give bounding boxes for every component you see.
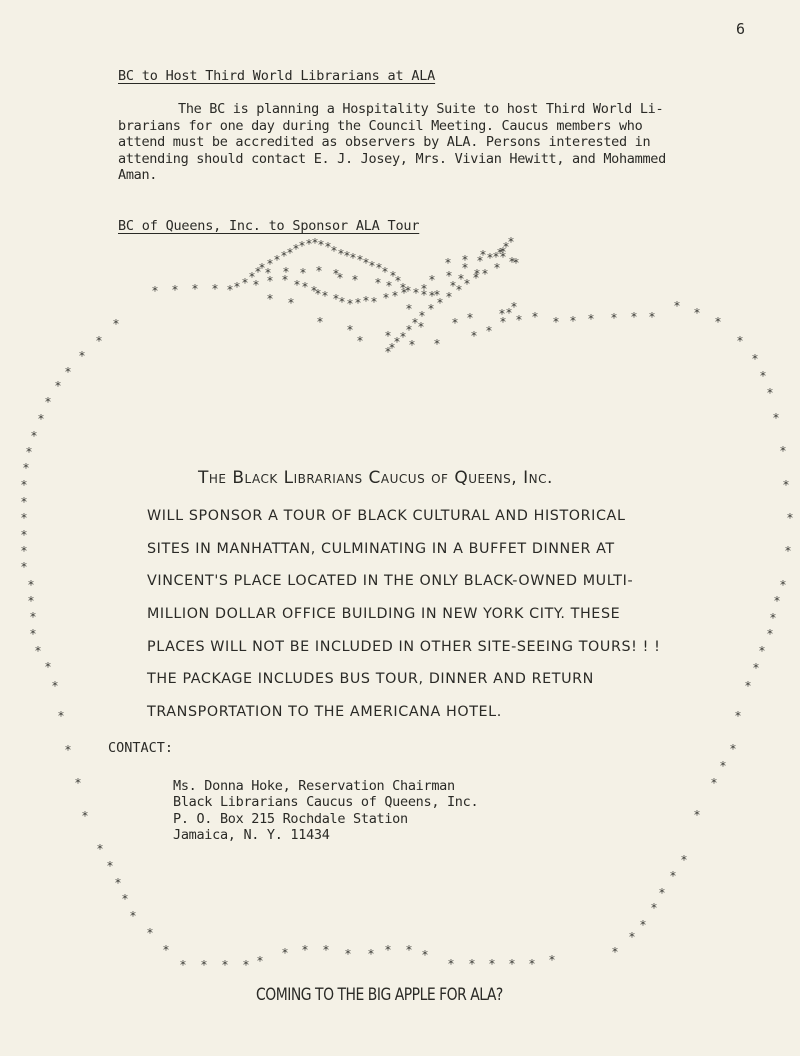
star-icon: * <box>44 661 51 673</box>
star-icon: * <box>121 893 128 905</box>
star-icon: * <box>680 854 687 866</box>
star-icon: * <box>54 380 61 392</box>
star-icon: * <box>281 274 288 286</box>
star-icon: * <box>648 311 655 323</box>
star-icon: * <box>769 612 776 624</box>
star-icon: * <box>293 279 300 291</box>
star-icon: * <box>587 313 594 325</box>
star-icon: * <box>301 944 308 956</box>
star-icon: * <box>37 413 44 425</box>
flyer-line: WILL SPONSOR A TOUR OF BLACK CULTURAL AN… <box>147 508 660 541</box>
star-icon: * <box>221 959 228 971</box>
star-icon: * <box>461 254 468 266</box>
star-icon: * <box>421 949 428 961</box>
flyer-title: The Black Librarians Caucus of Queens, I… <box>198 468 553 488</box>
star-icon: * <box>427 303 434 315</box>
star-icon: * <box>466 312 473 324</box>
star-icon: * <box>20 512 27 524</box>
star-icon: * <box>27 579 34 591</box>
star-icon: * <box>20 529 27 541</box>
star-icon: * <box>266 275 273 287</box>
star-icon: * <box>473 268 480 280</box>
star-icon: * <box>447 958 454 970</box>
star-icon: * <box>29 628 36 640</box>
contact-address-block: Ms. Donna Hoke, Reservation Chairman Bla… <box>173 778 478 843</box>
star-icon: * <box>242 959 249 971</box>
star-icon: * <box>374 277 381 289</box>
star-icon: * <box>515 314 522 326</box>
star-icon: * <box>95 335 102 347</box>
star-icon: * <box>468 958 475 970</box>
star-icon: * <box>381 266 388 278</box>
star-icon: * <box>488 958 495 970</box>
star-icon: * <box>693 307 700 319</box>
star-icon: * <box>211 283 218 295</box>
star-icon: * <box>669 870 676 882</box>
star-icon: * <box>367 948 374 960</box>
star-icon: * <box>714 316 721 328</box>
star-icon: * <box>370 296 377 308</box>
contact-line: Ms. Donna Hoke, Reservation Chairman <box>173 778 478 794</box>
star-icon: * <box>610 312 617 324</box>
star-icon: * <box>20 545 27 557</box>
star-icon: * <box>759 370 766 382</box>
star-icon: * <box>200 959 207 971</box>
star-icon: * <box>412 287 419 299</box>
star-icon: * <box>315 265 322 277</box>
flyer-line: THE PACKAGE INCLUDES BUS TOUR, DINNER AN… <box>147 671 660 704</box>
star-icon: * <box>485 325 492 337</box>
star-icon: * <box>391 290 398 302</box>
star-icon: * <box>779 579 786 591</box>
star-icon: * <box>628 931 635 943</box>
star-icon: * <box>106 860 113 872</box>
star-icon: * <box>44 396 51 408</box>
star-icon: * <box>433 338 440 350</box>
star-icon: * <box>81 810 88 822</box>
star-icon: * <box>316 316 323 328</box>
star-icon: * <box>499 246 506 258</box>
star-icon: * <box>507 236 514 248</box>
star-icon: * <box>64 366 71 378</box>
star-icon: * <box>766 628 773 640</box>
star-icon: * <box>436 297 443 309</box>
star-icon: * <box>734 710 741 722</box>
star-icon: * <box>29 611 36 623</box>
star-icon: * <box>470 330 477 342</box>
star-icon: * <box>512 257 519 269</box>
star-icon: * <box>736 335 743 347</box>
star-icon: * <box>417 321 424 333</box>
star-icon: * <box>162 944 169 956</box>
star-icon: * <box>719 760 726 772</box>
star-icon: * <box>508 958 515 970</box>
star-icon: * <box>96 843 103 855</box>
star-icon: * <box>346 324 353 336</box>
footer-tagline: COMING TO THE BIG APPLE FOR ALA? <box>256 985 503 1005</box>
star-icon: * <box>766 387 773 399</box>
star-icon: * <box>287 297 294 309</box>
star-icon: * <box>129 910 136 922</box>
star-icon: * <box>382 292 389 304</box>
star-icon: * <box>20 496 27 508</box>
star-icon: * <box>548 954 555 966</box>
star-icon: * <box>710 777 717 789</box>
star-icon: * <box>146 927 153 939</box>
star-icon: * <box>405 944 412 956</box>
star-icon: * <box>322 944 329 956</box>
star-icon: * <box>25 446 32 458</box>
star-icon: * <box>22 462 29 474</box>
star-icon: * <box>751 353 758 365</box>
flyer-line: PLACES WILL NOT BE INCLUDED IN OTHER SIT… <box>147 639 660 672</box>
star-icon: * <box>499 316 506 328</box>
flyer-line: TRANSPORTATION TO THE AMERICANA HOTEL. <box>147 704 660 737</box>
star-icon: * <box>639 919 646 931</box>
star-icon: * <box>34 645 41 657</box>
flyer-line: MILLION DOLLAR OFFICE BUILDING IN NEW YO… <box>147 606 660 639</box>
star-icon: * <box>356 335 363 347</box>
star-icon: * <box>256 955 263 967</box>
star-icon: * <box>449 280 456 292</box>
star-icon: * <box>400 287 407 299</box>
star-icon: * <box>299 267 306 279</box>
star-icon: * <box>114 877 121 889</box>
star-icon: * <box>74 777 81 789</box>
star-icon: * <box>354 297 361 309</box>
star-icon: * <box>658 887 665 899</box>
star-icon: * <box>528 958 535 970</box>
star-icon: * <box>179 959 186 971</box>
star-icon: * <box>673 300 680 312</box>
star-icon: * <box>78 350 85 362</box>
star-icon: * <box>744 680 751 692</box>
star-icon: * <box>420 283 427 295</box>
star-icon: * <box>30 430 37 442</box>
contact-line: P. O. Box 215 Rochdale Station <box>173 811 478 827</box>
star-icon: * <box>779 445 786 457</box>
contact-line: Jamaica, N. Y. 11434 <box>173 827 478 843</box>
star-icon: * <box>20 479 27 491</box>
star-icon: * <box>552 316 559 328</box>
star-icon: * <box>151 285 158 297</box>
star-icon: * <box>301 281 308 293</box>
star-icon: * <box>338 296 345 308</box>
star-icon: * <box>479 249 486 261</box>
star-icon: * <box>266 293 273 305</box>
star-icon: * <box>336 272 343 284</box>
star-icon: * <box>784 545 791 557</box>
star-icon: * <box>405 303 412 315</box>
star-icon: * <box>27 595 34 607</box>
contact-line: Black Librarians Caucus of Queens, Inc. <box>173 794 478 810</box>
flyer-line: VINCENT'S PLACE LOCATED IN THE ONLY BLAC… <box>147 573 660 606</box>
star-icon: * <box>650 902 657 914</box>
star-icon: * <box>346 298 353 310</box>
star-icon: * <box>457 273 464 285</box>
star-icon: * <box>20 561 27 573</box>
star-icon: * <box>362 295 369 307</box>
star-icon: * <box>531 311 538 323</box>
star-icon: * <box>233 281 240 293</box>
flyer-line: SITES IN MANHATTAN, CULMINATING IN A BUF… <box>147 541 660 574</box>
star-icon: * <box>64 744 71 756</box>
star-icon: * <box>786 512 793 524</box>
star-icon: * <box>773 595 780 607</box>
star-icon: * <box>351 274 358 286</box>
star-icon: * <box>408 339 415 351</box>
star-icon: * <box>569 315 576 327</box>
star-icon: * <box>481 268 488 280</box>
star-icon: * <box>281 947 288 959</box>
star-icon: * <box>344 948 351 960</box>
star-icon: * <box>112 318 119 330</box>
star-icon: * <box>729 743 736 755</box>
star-icon: * <box>57 710 64 722</box>
star-icon: * <box>758 645 765 657</box>
star-icon: * <box>782 479 789 491</box>
star-icon: * <box>693 809 700 821</box>
contact-label: CONTACT: <box>108 740 173 756</box>
star-icon: * <box>384 944 391 956</box>
star-icon: * <box>428 274 435 286</box>
star-icon: * <box>384 346 391 358</box>
star-icon: * <box>752 662 759 674</box>
star-icon: * <box>772 412 779 424</box>
star-icon: * <box>451 317 458 329</box>
star-icon: * <box>630 311 637 323</box>
star-icon: * <box>321 290 328 302</box>
star-icon: * <box>444 257 451 269</box>
star-icon: * <box>51 680 58 692</box>
star-icon: * <box>191 283 198 295</box>
star-icon: * <box>171 284 178 296</box>
star-icon: * <box>611 946 618 958</box>
star-icon: * <box>252 279 259 291</box>
star-icon: * <box>510 301 517 313</box>
flyer-body: WILL SPONSOR A TOUR OF BLACK CULTURAL AN… <box>147 508 660 737</box>
